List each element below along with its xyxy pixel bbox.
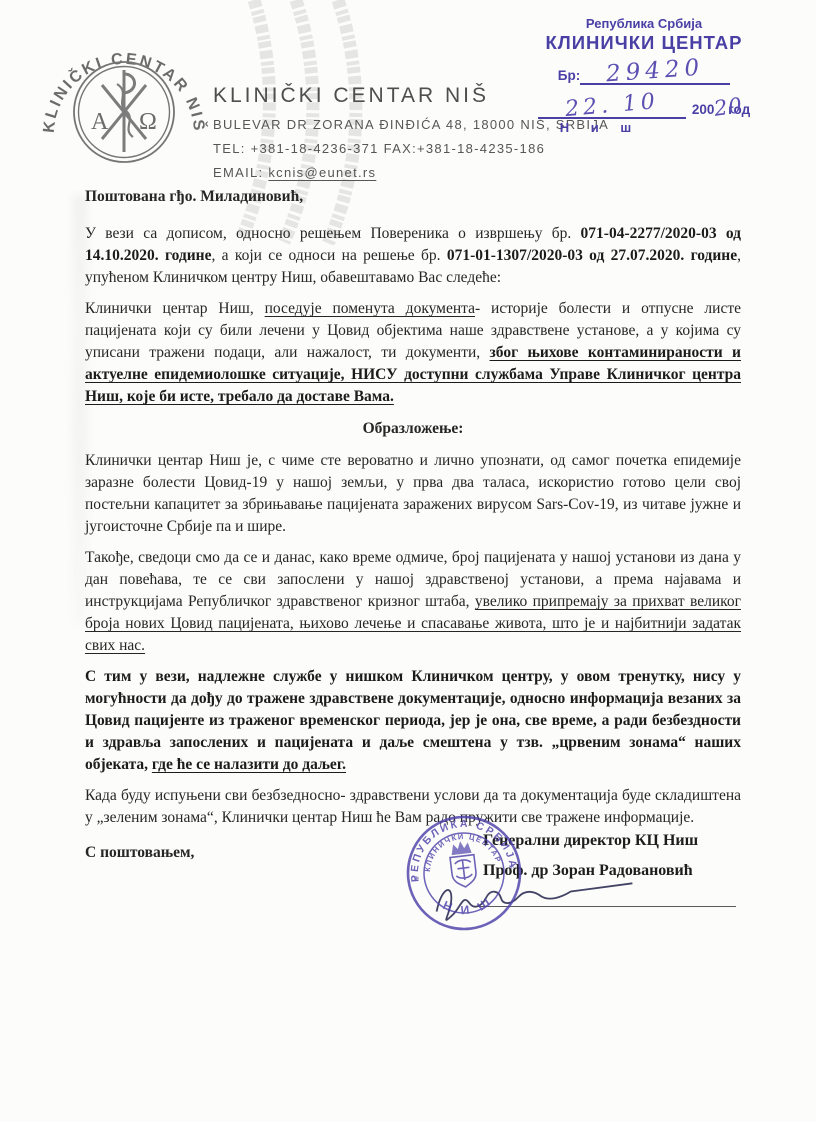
paragraph-1: У вези са дописом, односно решењем Повер… xyxy=(85,223,741,289)
email-label: EMAIL: xyxy=(213,165,268,180)
registry-city: Н и ш xyxy=(430,120,770,135)
p1-decision-number-2: 071-01-1307/2020-03 од 27.07.2020. годин… xyxy=(447,247,737,264)
signature-line xyxy=(478,906,736,907)
registry-number-label: Бр: xyxy=(558,68,580,85)
registry-date-handwritten: 22. 10 xyxy=(564,92,659,119)
letter-body: Поштована гђо. Миладиновић, У вези са до… xyxy=(85,186,741,873)
p1-text: У вези са дописом, односно решењем Повер… xyxy=(85,225,581,242)
registry-country: Република Србија xyxy=(518,16,770,31)
registry-year-handwritten: 20 xyxy=(713,93,745,121)
registry-institution: КЛИНИЧКИ ЦЕНТАР xyxy=(518,32,770,54)
salutation: Поштована гђо. Миладиновић, xyxy=(85,186,741,208)
p5-bold-underlined: где ће се налазити до даљег. xyxy=(152,756,346,773)
logo-omega: Ω xyxy=(139,109,157,135)
seal-star-left: * xyxy=(413,873,421,888)
registry-year-printed: 200 xyxy=(692,102,715,117)
signatory-role: Генерални директор КЦ Ниш xyxy=(483,832,743,850)
paragraph-2: Клинички центар Ниш, поседује поменута д… xyxy=(85,298,741,408)
paragraph-6: Када буду испуњени сви безбзедносно- здр… xyxy=(85,785,741,829)
rationale-heading: Образложење: xyxy=(85,418,741,440)
paragraph-5: С тим у вези, надлежне службе у нишком К… xyxy=(85,666,741,776)
paragraph-3: Клинички центар Ниш је, с чиме сте веров… xyxy=(85,450,741,538)
registry-number-handwritten: 29420 xyxy=(606,58,705,85)
paragraph-4: Такође, сведоци смо да се и данас, како … xyxy=(85,547,741,657)
p2-text: Клинички центар Ниш, xyxy=(85,300,265,317)
letterhead-telfax: TEL: +381-18-4236-371 FAX:+381-18-4235-1… xyxy=(213,141,609,156)
signatory-name: Проф. др Зоран Радовановић xyxy=(483,862,743,880)
clinic-logo-icon: KLINIČKI CENTAR NIŠ A Ω xyxy=(38,22,210,194)
registry-stamp: Република Србија КЛИНИЧКИ ЦЕНТАР Бр: 294… xyxy=(518,16,770,135)
scanned-letter-page: KLINIČKI CENTAR NIŠ A Ω KLINIČKI CENTAR … xyxy=(0,0,816,1122)
p1-text-2: , а који се односи на решење бр. xyxy=(211,247,446,264)
p2-underlined: поседује поменута документа xyxy=(265,300,475,317)
letterhead-email-line: EMAIL: kcnis@eunet.rs xyxy=(213,165,609,180)
signature-block: Генерални директор КЦ Ниш Проф. др Зоран… xyxy=(483,832,743,880)
logo-alpha: A xyxy=(91,109,109,135)
email-address: kcnis@eunet.rs xyxy=(268,165,376,180)
